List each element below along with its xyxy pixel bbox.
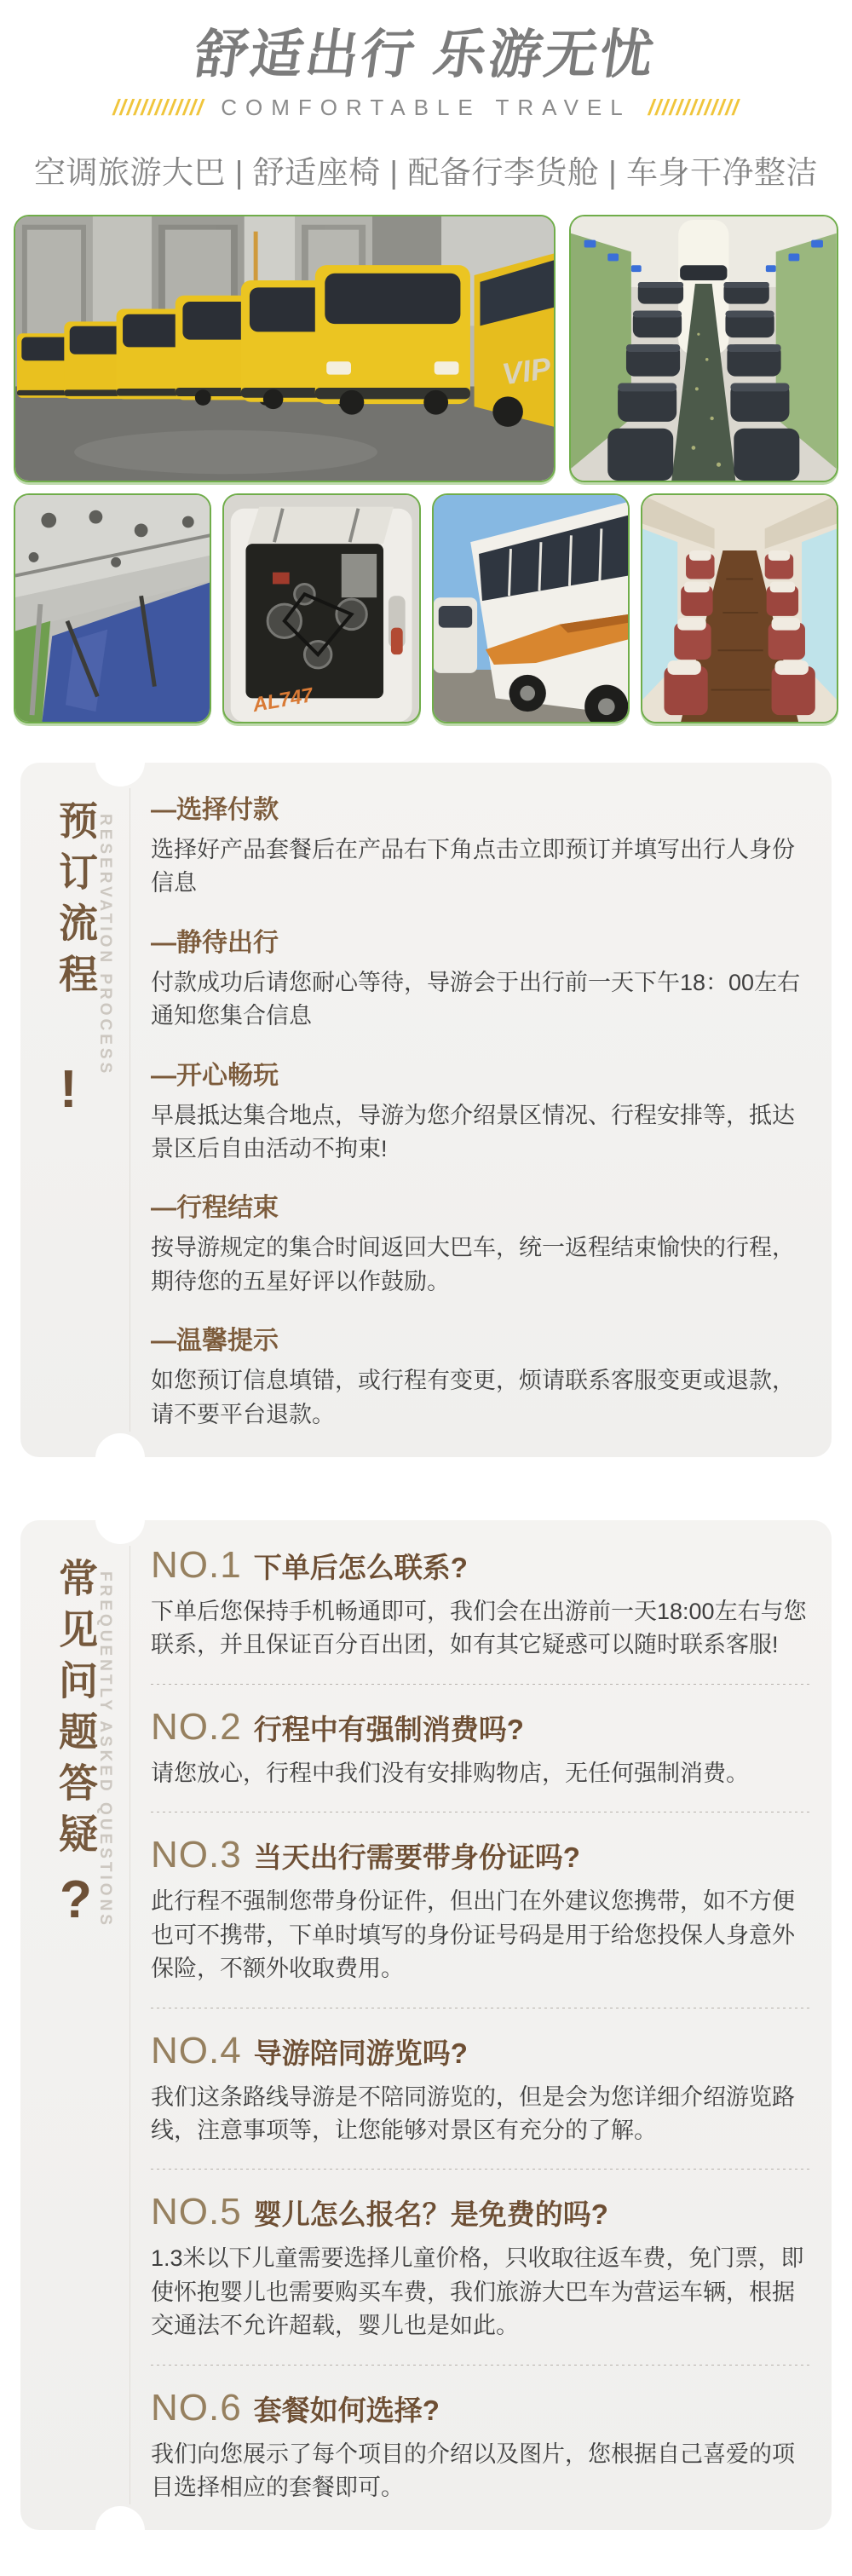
reservation-vertical-subtitle: RESERVATION PROCESS (95, 814, 114, 1076)
faq-list: NO.1 下单后怎么联系? 下单后您保持手机畅通即可，我们会在出游前一天18:0… (130, 1520, 832, 2530)
step-item: —静待出行 付款成功后请您耐心等待，导游会于出行前一天下午18：00左右通知您集… (151, 921, 809, 1034)
faq-question: 婴儿怎么报名？是免费的吗? (254, 2193, 608, 2233)
step-item: —温馨提示 如您预订信息填错，或行程有变更，烦请联系客服变更或退款，请不要平台退… (151, 1319, 809, 1432)
faq-number: NO.2 (151, 1706, 242, 1749)
photo-luggage-compartment (14, 493, 211, 723)
step-desc: 早晨抵达集合地点，导游为您介绍景区情况、行程安排等，抵达景区后自由活动不拘束! (151, 1099, 809, 1167)
faq-question: 行程中有强制消费吗? (254, 1708, 524, 1748)
feature-tagline: 空调旅游大巴 | 舒适座椅 | 配备行李货舱 | 车身干净整洁 (0, 147, 852, 193)
faq-vertical-subtitle: FREQUENTLY ASKED QUESTIONS (95, 1571, 114, 1928)
photo-gallery-row-2: AL747 (14, 493, 838, 723)
reservation-steps: —选择付款 选择好产品套餐后在产品右下角点击立即预订并填写出行人身份信息 —静待… (130, 763, 832, 1457)
step-item: —选择付款 选择好产品套餐后在产品右下角点击立即预订并填写出行人身份信息 (151, 788, 809, 901)
faq-item: NO.6 套餐如何选择? 我们向您展示了每个项目的介绍以及图片，您根据自己喜爱的… (151, 2387, 809, 2505)
slash-decoration-left: ///////////// (112, 95, 204, 121)
step-desc: 如您预订信息填错，或行程有变更，烦请联系客服变更或退款，请不要平台退款。 (151, 1364, 809, 1432)
dotted-divider (151, 2169, 809, 2170)
red-seats-interior-illustration (642, 495, 837, 722)
step-title: —选择付款 (151, 788, 809, 826)
faq-question: 当天出行需要带身份证吗? (254, 1835, 580, 1876)
photo-bus-exterior (432, 493, 630, 723)
bus-interior-illustration (571, 216, 837, 481)
reservation-side-rail: 预订流程 ! RESERVATION PROCESS (20, 763, 130, 1457)
question-mark: ? (60, 1870, 92, 1930)
vip-label: VIP (500, 351, 554, 392)
faq-side-rail: 常见问题答疑 ? FREQUENTLY ASKED QUESTIONS (20, 1520, 130, 2530)
dotted-divider (151, 1812, 809, 1812)
faq-question: 套餐如何选择? (254, 2389, 440, 2429)
vertical-divider (130, 1546, 130, 2504)
slash-decoration-right: ///////////// (648, 95, 740, 121)
header-subrow: ///////////// COMFORTABLE TRAVEL ///////… (0, 95, 852, 121)
step-title: —静待出行 (151, 921, 809, 959)
faq-number: NO.4 (151, 2030, 242, 2072)
faq-number: NO.5 (151, 2191, 242, 2233)
faq-vertical-title: 常见问题答疑 (56, 1558, 95, 1864)
photo-bus-interior-dark (569, 215, 838, 482)
bus-fleet-illustration: VIP (15, 216, 554, 481)
step-title: —温馨提示 (151, 1319, 809, 1357)
faq-answer: 1.3米以下儿童需要选择儿童价格，只收取往返车费，免门票，即使怀抱婴儿也需要购买… (151, 2242, 809, 2343)
step-title: —行程结束 (151, 1186, 809, 1224)
faq-item: NO.1 下单后怎么联系? 下单后您保持手机畅通即可，我们会在出游前一天18:0… (151, 1544, 809, 1685)
step-item: —开心畅玩 早晨抵达集合地点，导游为您介绍景区情况、行程安排等，抵达景区后自由活… (151, 1054, 809, 1167)
reservation-process-card: 预订流程 ! RESERVATION PROCESS —选择付款 选择好产品套餐… (20, 763, 832, 1457)
engine-bay-illustration: AL747 (224, 495, 418, 722)
faq-card: 常见问题答疑 ? FREQUENTLY ASKED QUESTIONS NO.1… (20, 1520, 832, 2530)
step-title: —开心畅玩 (151, 1054, 809, 1092)
vertical-divider (130, 788, 130, 1432)
header-english-subtitle: COMFORTABLE TRAVEL (221, 95, 630, 121)
faq-answer: 此行程不强制您带身份证件，但出门在外建议您携带，如不方便也可不携带，下单时填写的… (151, 1885, 809, 1985)
faq-number: NO.1 (151, 1544, 242, 1587)
faq-answer: 我们向您展示了每个项目的介绍以及图片，您根据自己喜爱的项目选择相应的套餐即可。 (151, 2438, 809, 2505)
photo-gallery-row-1: VIP (14, 215, 838, 482)
bus-exterior-illustration (434, 495, 628, 722)
faq-question: 导游陪同游览吗? (254, 2031, 468, 2072)
dotted-divider (151, 2365, 809, 2366)
faq-item: NO.2 行程中有强制消费吗? 请您放心，行程中我们没有安排购物店，无任何强制消… (151, 1706, 809, 1812)
step-desc: 按导游规定的集合时间返回大巴车，统一返程结束愉快的行程，期待您的五星好评以作鼓励… (151, 1231, 809, 1299)
photo-bus-interior-red (641, 493, 838, 723)
faq-answer: 我们这条路线导游是不陪同游览的，但是会为您详细介绍游览路线，注意事项等，让您能够… (151, 2081, 809, 2148)
step-desc: 付款成功后请您耐心等待，导游会于出行前一天下午18：00左右通知您集合信息 (151, 966, 809, 1034)
faq-item: NO.5 婴儿怎么报名？是免费的吗? 1.3米以下儿童需要选择儿童价格，只收取往… (151, 2191, 809, 2365)
faq-item: NO.4 导游陪同游览吗? 我们这条路线导游是不陪同游览的，但是会为您详细介绍游… (151, 2030, 809, 2170)
faq-number: NO.3 (151, 1834, 242, 1876)
faq-number: NO.6 (151, 2387, 242, 2429)
faq-answer: 下单后您保持手机畅通即可，我们会在出游前一天18:00左右与您联系，并且保证百分… (151, 1595, 809, 1663)
luggage-compartment-illustration (15, 495, 210, 722)
faq-item: NO.3 当天出行需要带身份证吗? 此行程不强制您带身份证件，但出门在外建议您携… (151, 1834, 809, 2008)
reservation-vertical-title: 预订流程 (56, 800, 95, 1005)
faq-question: 下单后怎么联系? (254, 1546, 468, 1586)
step-desc: 选择好产品套餐后在产品右下角点击立即预订并填写出行人身份信息 (151, 833, 809, 901)
step-item: —行程结束 按导游规定的集合时间返回大巴车，统一返程结束愉快的行程，期待您的五星… (151, 1186, 809, 1299)
faq-answer: 请您放心，行程中我们没有安排购物店，无任何强制消费。 (151, 1757, 809, 1790)
page-header: 舒适出行 乐游无忧 ///////////// COMFORTABLE TRAV… (0, 0, 852, 193)
page-title: 舒适出行 乐游无忧 (0, 12, 852, 88)
photo-bus-fleet: VIP (14, 215, 556, 482)
dotted-divider (151, 2008, 809, 2008)
photo-engine-bay: AL747 (222, 493, 420, 723)
dotted-divider (151, 1684, 809, 1685)
exclamation-mark: ! (60, 1059, 78, 1120)
